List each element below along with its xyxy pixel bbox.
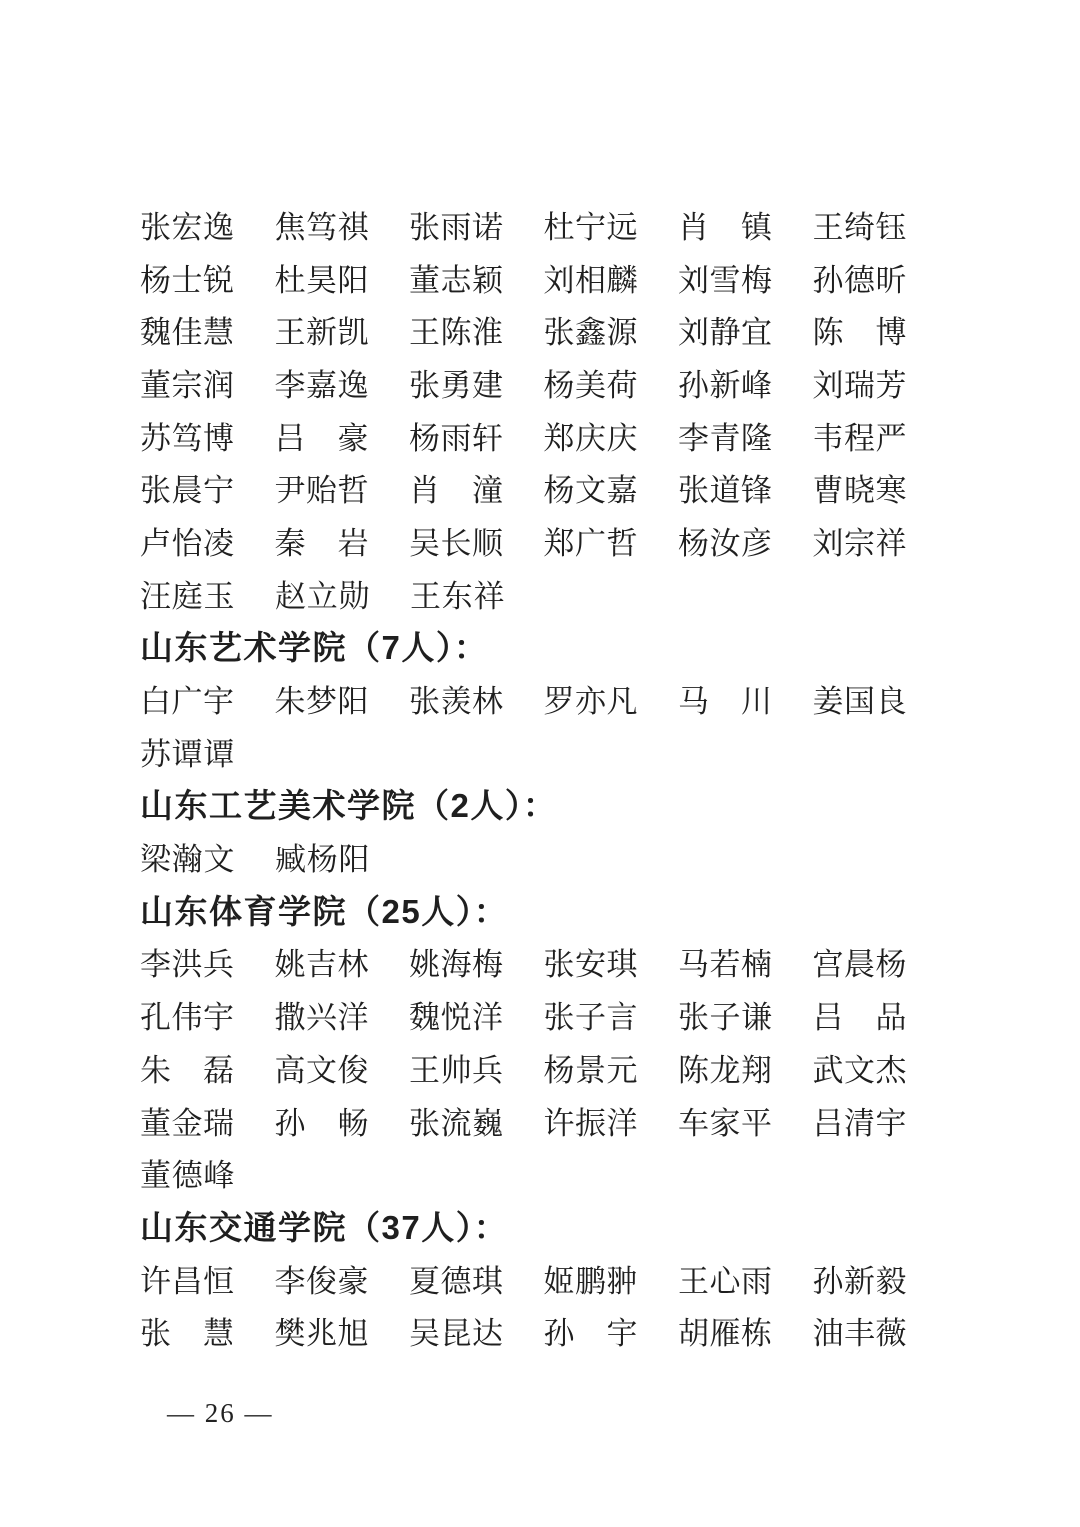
person-name: 杨汝彦 (678, 518, 773, 563)
person-name: 马若楠 (678, 939, 773, 984)
person-name: 罗亦凡 (544, 676, 639, 721)
person-name: 肖 镇 (678, 202, 773, 247)
name-row: 董宗润李嘉逸张勇建杨美荷孙新峰刘瑞芳 (140, 356, 906, 409)
person-name: 孙德昕 (813, 255, 908, 300)
person-name: 汪庭玉 (140, 571, 235, 616)
person-name: 刘相麟 (544, 255, 639, 300)
person-name: 郑庆庆 (544, 413, 639, 458)
person-name: 秦 岩 (275, 518, 370, 563)
person-name: 张鑫源 (544, 307, 639, 352)
person-name: 张雨诺 (409, 202, 504, 247)
section-heading: 山东工艺美术学院（2人）： (140, 778, 906, 831)
person-name: 许振洋 (544, 1098, 639, 1143)
person-name: 孙新峰 (678, 360, 773, 405)
section-heading: 山东艺术学院（7人）： (140, 620, 906, 673)
person-name: 梁瀚文 (140, 834, 235, 879)
person-name: 李嘉逸 (275, 360, 370, 405)
person-name: 武文杰 (813, 1045, 908, 1090)
person-name: 刘静宜 (678, 307, 773, 352)
name-row: 许昌恒李俊豪夏德琪姬鹏翀王心雨孙新毅 (140, 1252, 906, 1305)
person-name: 董德峰 (140, 1150, 235, 1195)
name-row: 白广宇朱梦阳张羡林罗亦凡马 川姜国良 (140, 672, 906, 725)
name-row: 苏谭谭 (140, 725, 906, 778)
person-name: 孙 畅 (275, 1098, 370, 1143)
person-name: 夏德琪 (409, 1256, 504, 1301)
person-name: 吴长顺 (409, 518, 504, 563)
person-name: 杜宁远 (544, 202, 639, 247)
person-name: 韦程严 (813, 413, 908, 458)
person-name: 李青隆 (678, 413, 773, 458)
person-name: 魏佳慧 (140, 307, 235, 352)
person-name: 张安琪 (544, 939, 639, 984)
person-name: 吕 品 (813, 992, 908, 1037)
document-body: 张宏逸焦笃祺张雨诺杜宁远肖 镇王绮钰杨士锐杜昊阳董志颖刘相麟刘雪梅孙德昕魏佳慧王… (140, 198, 906, 1357)
person-name: 魏悦洋 (409, 992, 504, 1037)
person-name: 姜国良 (813, 676, 908, 721)
person-name: 杨士锐 (140, 255, 235, 300)
person-name: 刘瑞芳 (813, 360, 908, 405)
name-row: 孔伟宇撒兴洋魏悦洋张子言张子谦吕 品 (140, 988, 906, 1041)
person-name: 李洪兵 (140, 939, 235, 984)
person-name: 杜昊阳 (275, 255, 370, 300)
person-name: 吕清宇 (813, 1098, 908, 1143)
section-heading: 山东体育学院（25人）： (140, 883, 906, 936)
person-name: 董志颖 (409, 255, 504, 300)
person-name: 郑广哲 (544, 518, 639, 563)
person-name: 张勇建 (409, 360, 504, 405)
name-row: 魏佳慧王新凯王陈淮张鑫源刘静宜陈 博 (140, 303, 906, 356)
person-name: 车家平 (678, 1098, 773, 1143)
document-page: 张宏逸焦笃祺张雨诺杜宁远肖 镇王绮钰杨士锐杜昊阳董志颖刘相麟刘雪梅孙德昕魏佳慧王… (0, 0, 1080, 1527)
person-name: 王陈淮 (409, 307, 504, 352)
person-name: 王新凯 (275, 307, 370, 352)
person-name: 姚海梅 (409, 939, 504, 984)
person-name: 赵立勋 (275, 571, 370, 616)
name-row: 杨士锐杜昊阳董志颖刘相麟刘雪梅孙德昕 (140, 251, 906, 304)
person-name: 张流巍 (409, 1098, 504, 1143)
name-row: 李洪兵姚吉林姚海梅张安琪马若楠宫晨杨 (140, 936, 906, 989)
name-row: 张宏逸焦笃祺张雨诺杜宁远肖 镇王绮钰 (140, 198, 906, 251)
person-name: 姚吉林 (275, 939, 370, 984)
person-name: 董宗润 (140, 360, 235, 405)
person-name: 杨美荷 (544, 360, 639, 405)
person-name: 李俊豪 (275, 1256, 370, 1301)
name-row: 董德峰 (140, 1146, 906, 1199)
name-row: 汪庭玉赵立勋王东祥 (140, 567, 906, 620)
person-name: 陈龙翔 (678, 1045, 773, 1090)
person-name: 卢怡凌 (140, 518, 235, 563)
person-name: 张宏逸 (140, 202, 235, 247)
person-name: 尹贻哲 (275, 465, 370, 510)
person-name: 王心雨 (678, 1256, 773, 1301)
person-name: 张子谦 (678, 992, 773, 1037)
person-name: 焦笃祺 (275, 202, 370, 247)
person-name: 油丰薇 (813, 1308, 908, 1353)
person-name: 杨雨轩 (409, 413, 504, 458)
person-name: 胡雁栋 (678, 1308, 773, 1353)
section-heading: 山东交通学院（37人）： (140, 1199, 906, 1252)
person-name: 王帅兵 (409, 1045, 504, 1090)
person-name: 刘雪梅 (678, 255, 773, 300)
person-name: 刘宗祥 (813, 518, 908, 563)
person-name: 白广宇 (140, 676, 235, 721)
name-row: 苏笃博吕 豪杨雨轩郑庆庆李青隆韦程严 (140, 409, 906, 462)
person-name: 臧杨阳 (275, 834, 370, 879)
person-name: 张 慧 (140, 1308, 235, 1353)
person-name: 苏笃博 (140, 413, 235, 458)
person-name: 高文俊 (275, 1045, 370, 1090)
name-row: 张 慧樊兆旭吴昆达孙 宇胡雁栋油丰薇 (140, 1304, 906, 1357)
person-name: 张晨宁 (140, 465, 235, 510)
person-name: 樊兆旭 (275, 1308, 370, 1353)
person-name: 马 川 (678, 676, 773, 721)
name-row: 梁瀚文臧杨阳 (140, 830, 906, 883)
person-name: 张子言 (544, 992, 639, 1037)
person-name: 孙 宇 (544, 1308, 639, 1353)
person-name: 陈 博 (813, 307, 908, 352)
person-name: 杨景元 (544, 1045, 639, 1090)
person-name: 孙新毅 (813, 1256, 908, 1301)
person-name: 撒兴洋 (275, 992, 370, 1037)
person-name: 宫晨杨 (813, 939, 908, 984)
person-name: 吴昆达 (409, 1308, 504, 1353)
person-name: 朱 磊 (140, 1045, 235, 1090)
person-name: 朱梦阳 (275, 676, 370, 721)
person-name: 肖 潼 (409, 465, 504, 510)
person-name: 王东祥 (410, 571, 505, 616)
page-number: — 26 — (167, 1398, 274, 1429)
name-row: 张晨宁尹贻哲肖 潼杨文嘉张道锋曹晓寒 (140, 461, 906, 514)
person-name: 曹晓寒 (813, 465, 908, 510)
person-name: 董金瑞 (140, 1098, 235, 1143)
person-name: 孔伟宇 (140, 992, 235, 1037)
person-name: 王绮钰 (813, 202, 908, 247)
person-name: 张羡林 (409, 676, 504, 721)
name-row: 朱 磊高文俊王帅兵杨景元陈龙翔武文杰 (140, 1041, 906, 1094)
person-name: 姬鹏翀 (544, 1256, 639, 1301)
name-row: 卢怡凌秦 岩吴长顺郑广哲杨汝彦刘宗祥 (140, 514, 906, 567)
person-name: 吕 豪 (275, 413, 370, 458)
person-name: 许昌恒 (140, 1256, 235, 1301)
person-name: 苏谭谭 (140, 729, 235, 774)
person-name: 杨文嘉 (544, 465, 639, 510)
name-row: 董金瑞孙 畅张流巍许振洋车家平吕清宇 (140, 1094, 906, 1147)
person-name: 张道锋 (678, 465, 773, 510)
